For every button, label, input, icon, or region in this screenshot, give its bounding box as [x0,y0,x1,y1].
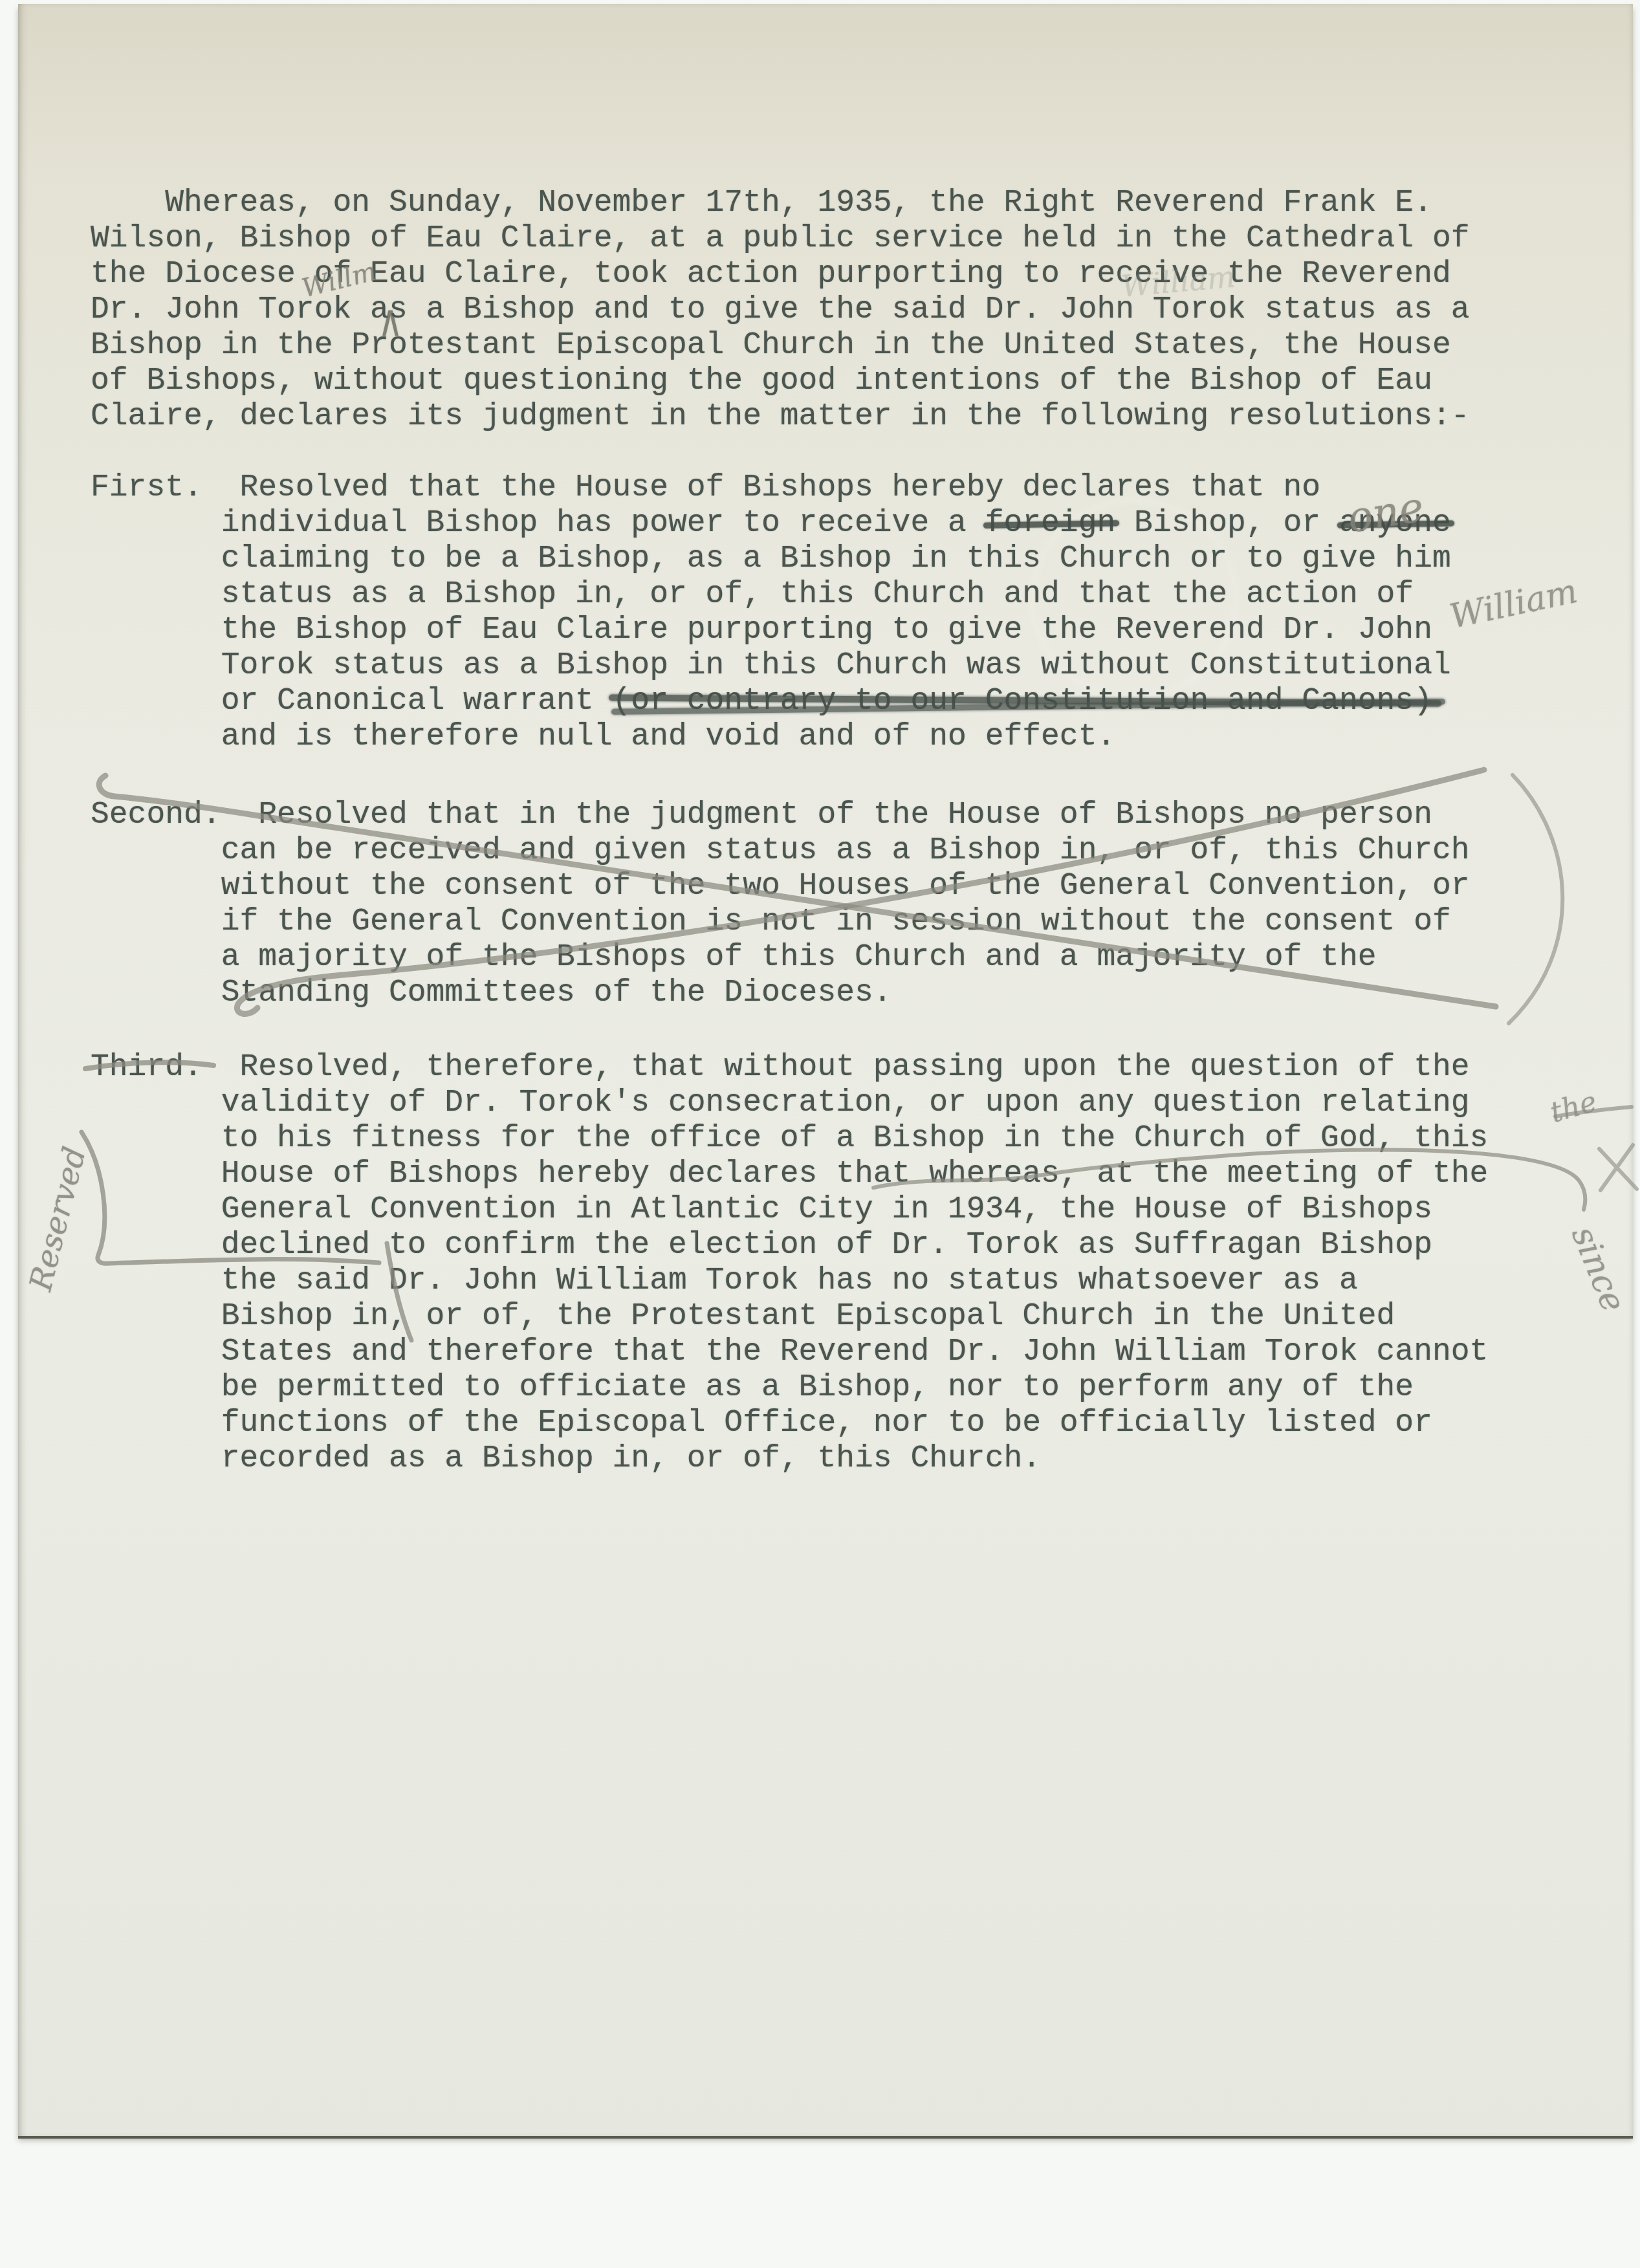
second-label: Second. [91,798,221,833]
text-segment: or Canonical warrant [91,684,613,719]
text-line: and is therefore null and void and of no… [91,719,1451,755]
scanned-document: { "colors": { "ink": "#4b554f", "pencil"… [0,0,1640,2268]
text-line: Bishop in, or of, the Protestant Episcop… [91,1299,1488,1335]
text-line: General Convention in Atlantic City in 1… [91,1192,1488,1228]
second-resolution: Second. Resolved that in the judgment of… [91,798,1470,1011]
text-line: Standing Committees of the Dioceses. [91,976,1470,1011]
text-segment: Torok status as a [1134,292,1469,327]
text-line: of Bishops, without questioning the good… [91,364,1470,399]
text-line: House of Bishops hereby declares that wh… [91,1157,1488,1192]
text-line: Second. Resolved that in the judgment of… [91,798,1470,833]
text-line: Whereas, on Sunday, November 17th, 1935,… [91,186,1470,221]
text-segment: House of Bishops hereby declares that [91,1157,929,1192]
text-segment: the Bishop of Eau Claire purporting to g… [91,613,1432,648]
text-segment: Dr. John [91,292,239,327]
text-line: Claire, declares its judgment in the mat… [91,399,1470,435]
text-line: States and therefore that the Reverend D… [91,1335,1488,1370]
first-resolution: First. Resolved that the House of Bishop… [91,470,1451,755]
text-line: or Canonical warrant (or contrary to our… [91,684,1451,719]
text-line: Third. Resolved, therefore, that without… [91,1050,1488,1085]
text-line: to his fitness for the office of a Bisho… [91,1121,1488,1157]
text-line: be permitted to officiate as a Bishop, n… [91,1370,1488,1406]
text-segment: individual Bishop has power to receive a [91,506,985,541]
text-line: functions of the Episcopal Office, nor t… [91,1406,1488,1441]
text-line: the said Dr. John William Torok has no s… [91,1263,1488,1299]
text-line: can be received and given status as a Bi… [91,833,1470,869]
text-line: a majority of the Bishops of this Church… [91,940,1470,976]
text-segment: at the meeting of the [1078,1157,1489,1192]
text-line: status as a Bishop in, or of, this Churc… [91,577,1451,613]
text-segment: Bishop, or [1115,506,1339,541]
struck-word-whereas: whereas, [929,1157,1078,1192]
intro-paragraph: Whereas, on Sunday, November 17th, 1935,… [91,186,1470,435]
text-line: the Diocese of Eau Claire, took action p… [91,257,1470,292]
struck-word-anyone: anyone [1339,506,1451,541]
text-segment: Torok as a Bishop and to give the said D… [239,292,1134,327]
text-line: if the General Convention is not in sess… [91,904,1470,940]
text-line: First. Resolved that the House of Bishop… [91,470,1451,506]
struck-word-foreign: foreign [985,506,1116,541]
third-label: Third. [91,1050,202,1085]
text-line: Torok status as a Bishop in this Church … [91,648,1451,684]
text-line: claiming to be a Bishop, as a Bishop in … [91,541,1451,577]
text-line: individual Bishop has power to receive a… [91,506,1451,541]
text-line: Wilson, Bishop of Eau Claire, at a publi… [91,221,1470,257]
text-line: Dr. JohnWillm∧ Torok as a Bishop and to … [91,292,1470,328]
text-segment: Resolved that in the judgment of the Hou… [221,798,1432,833]
text-line: declined to confirm the election of Dr. … [91,1228,1488,1263]
third-resolution: Third. Resolved, therefore, that without… [91,1050,1488,1477]
text-segment: Resolved, therefore, that without passin… [202,1050,1470,1085]
text-line: without the consent of the two Houses of… [91,869,1470,904]
text-line: the Bishop of Eau Claire purporting to g… [91,613,1451,648]
text-line: recorded as a Bishop in, or of, this Chu… [91,1441,1488,1477]
text-line: validity of Dr. Torok's consecration, or… [91,1085,1488,1121]
struck-parenthetical: (or contrary to our Constitution and Can… [613,684,1432,719]
text-line: Bishop in the Protestant Episcopal Churc… [91,328,1470,364]
